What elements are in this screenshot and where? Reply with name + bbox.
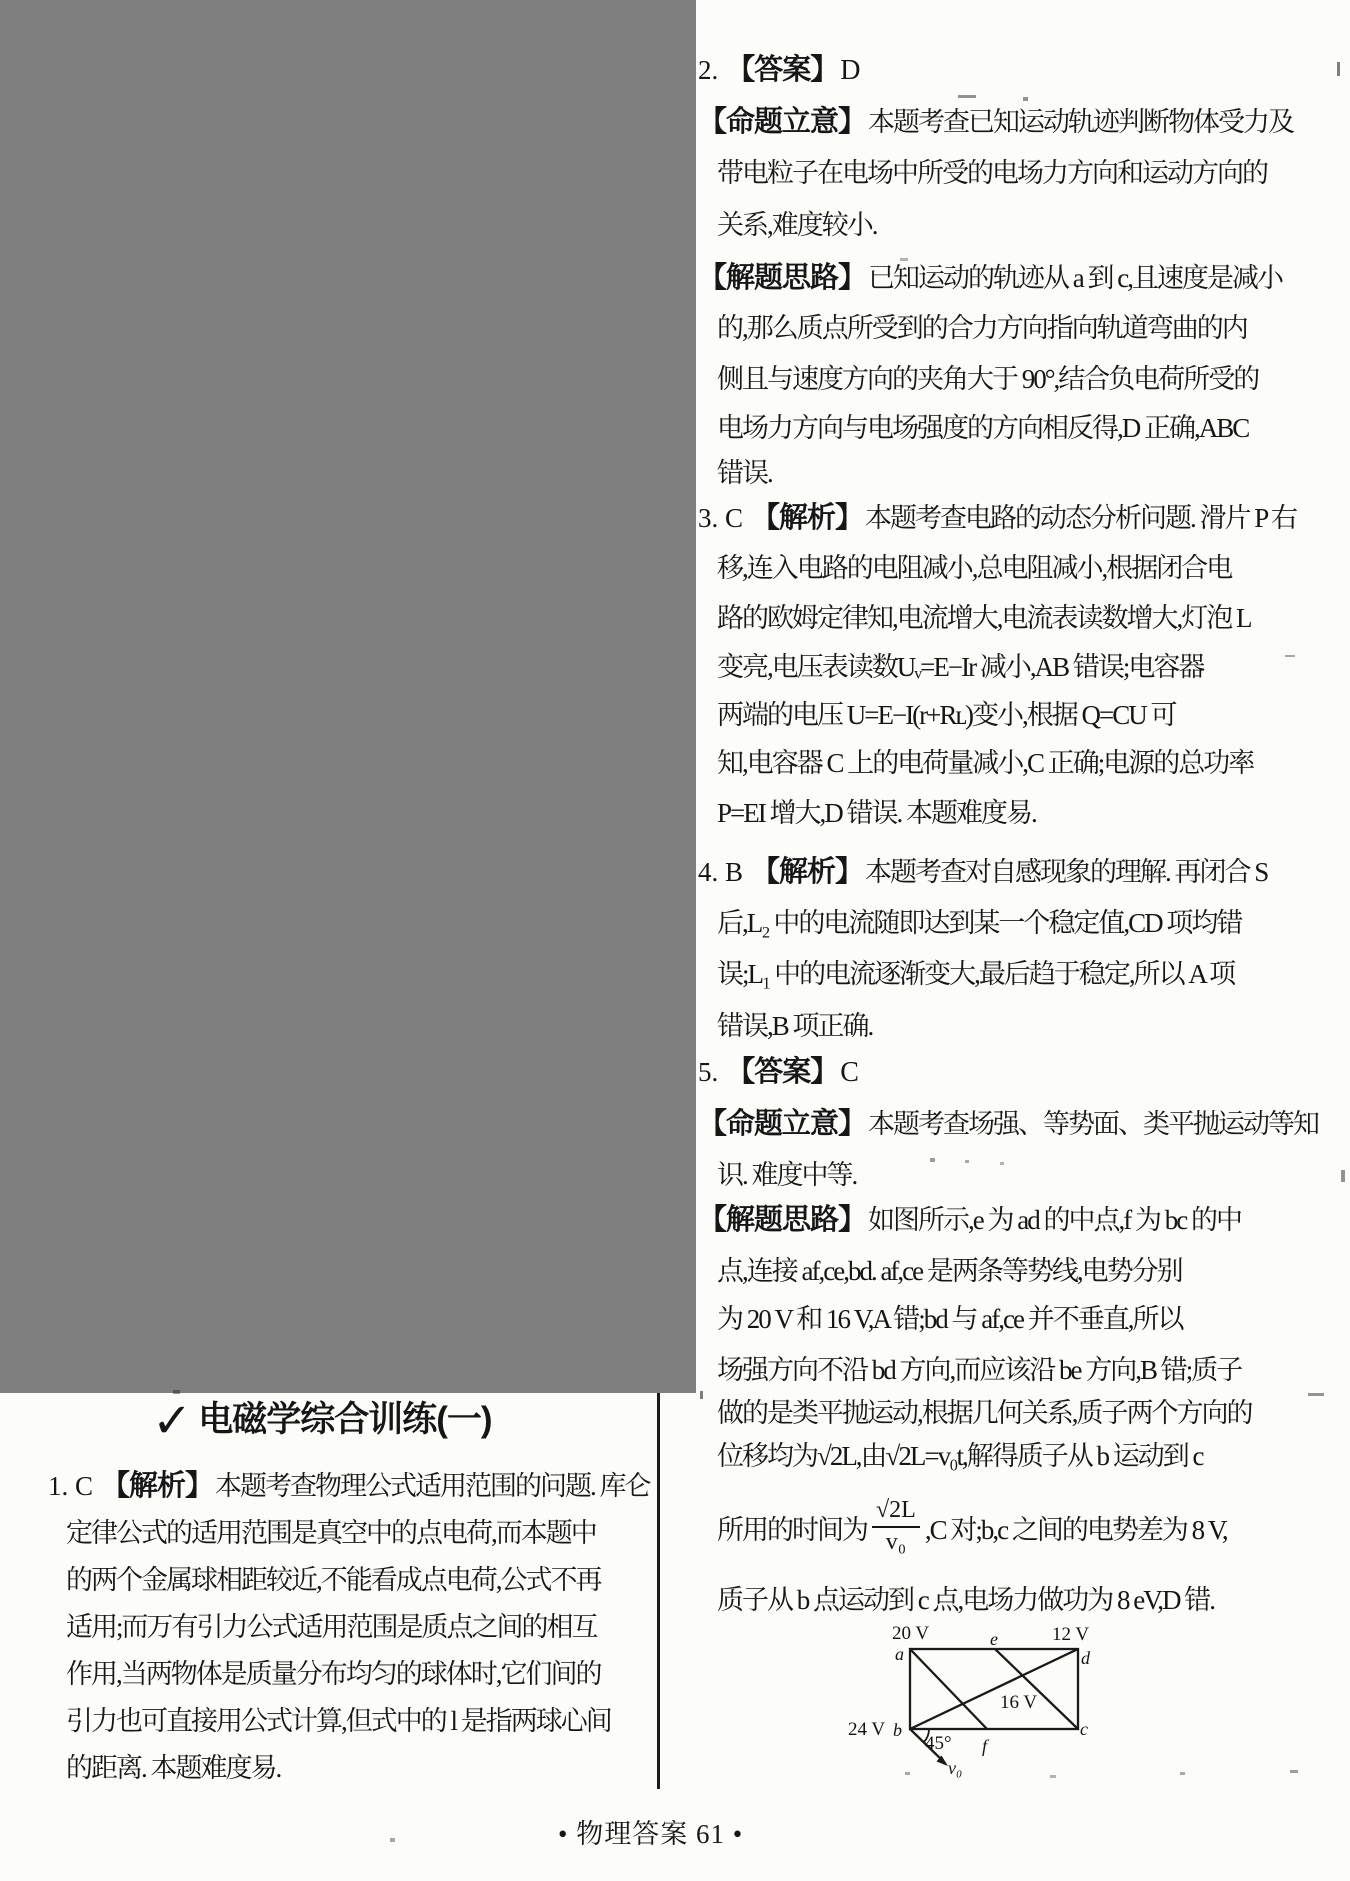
item-number: 2.: [698, 55, 718, 85]
text-line: 【解题思路】如图所示,e 为 ad 的中点,f 为 bc 的中: [698, 1204, 1241, 1237]
item-number: 5.: [698, 1057, 718, 1087]
answer-3-heading: 3. C【解析】本题考查电路的动态分析问题. 滑片 P 右: [698, 502, 1296, 535]
line-text: 本题考查对自感现象的理解. 再闭合 S: [865, 857, 1267, 887]
scanned-answer-page: 2.【答案】D 【命题立意】本题考查已知运动轨迹判断物体受力及 带电粒子在电场中…: [0, 0, 1350, 1881]
vertex-label-b: b: [893, 1720, 902, 1740]
text-line: 【命题立意】本题考查已知运动轨迹判断物体受力及: [698, 106, 1293, 139]
text-line: 电场力方向与电场强度的方向相反得,D 正确,ABC: [717, 413, 1248, 444]
line-text: ,C 对;b,c 之间的电势差为 8 V,: [925, 1508, 1227, 1547]
scan-artifact: [700, 1391, 703, 1399]
text-line: 作用,当两物体是质量分布均匀的球体时,它们间的: [66, 1659, 601, 1690]
text-line: 两端的电压 U=E−I(r+Rʟ)变小,根据 Q=CU 可: [717, 700, 1175, 731]
text-line: 的,那么质点所受到的合力方向指向轨道弯曲的内: [717, 313, 1247, 344]
line-text: 如图所示,e 为 ad 的中点,f 为 bc 的中: [868, 1205, 1241, 1235]
fraction: √2Lv₀: [872, 1497, 920, 1556]
text-line: 引力也可直接用公式计算,但式中的 l 是指两球心间: [66, 1706, 611, 1737]
text-line: 错误,B 项正确.: [717, 1011, 872, 1042]
voltage-label-a: 20 V: [892, 1623, 929, 1644]
text-line: 为 20 V 和 16 V,A 错;bd 与 af,ce 并不垂直,所以: [717, 1304, 1182, 1335]
line-text: 已知运动的轨迹从 a 到 c,且速度是减小: [868, 263, 1282, 293]
voltage-label-d: 12 V: [1052, 1624, 1089, 1645]
line-af: [910, 1649, 987, 1729]
text-line: 带电粒子在电场中所受的电场力方向和运动方向的: [717, 158, 1267, 189]
angle-label: 45°: [925, 1733, 952, 1754]
item-number: 1. C: [48, 1471, 93, 1501]
text-line: 错误.: [717, 458, 772, 489]
formula-line: 所用的时间为√2Lv₀,C 对;b,c 之间的电势差为 8 V,: [717, 1494, 1227, 1560]
text-line: 适用;而万有引力公式适用范围是质点之间的相互: [66, 1612, 597, 1643]
vertex-label-a: a: [895, 1644, 904, 1664]
scan-artifact: [1308, 1393, 1324, 1396]
text-line: 变亮,电压表读数Uᵥ=E−Ir 减小,AB 错误;电容器: [717, 652, 1203, 683]
line-ec: [995, 1649, 1078, 1729]
text-line: 定律公式的适用范围是真空中的点电荷,而本题中: [66, 1518, 596, 1549]
scan-artifact: [905, 1772, 910, 1775]
text-line: 【解题思路】已知运动的轨迹从 a 到 c,且速度是减小: [698, 262, 1282, 295]
text-line: 侧且与速度方向的夹角大于 90°,结合负电荷所受的: [717, 364, 1258, 395]
answer-2-heading: 2.【答案】D: [698, 54, 861, 87]
item-number: 4. B: [698, 857, 743, 887]
line-text: 本题考查场强、等势面、类平抛运动等知: [868, 1109, 1318, 1139]
answer-5-heading: 5.【答案】C: [698, 1056, 859, 1089]
scan-artifact: [1337, 62, 1340, 76]
midpoint-label-f: f: [982, 1736, 990, 1756]
bracket-head-answer: 【答案】: [726, 1056, 838, 1088]
text-line: 移,连入电路的电阻减小,总电阻减小,根据闭合电: [717, 553, 1231, 584]
section-title-text: 电磁学综合训练(一): [198, 1400, 491, 1439]
item-number: 3. C: [698, 503, 743, 533]
scan-artifact: [930, 1158, 935, 1162]
answer-letter: C: [840, 1057, 859, 1088]
line-text: 本题考查物理公式适用范围的问题. 库仑: [215, 1471, 650, 1501]
vertex-label-d: d: [1081, 1648, 1091, 1668]
line-text: 本题考查已知运动轨迹判断物体受力及: [868, 107, 1293, 137]
scan-artifact: [1000, 1162, 1004, 1165]
text-line: 后,L₂ 中的电流随即达到某一个稳定值,CD 项均错: [717, 908, 1241, 939]
bracket-head-analysis: 【解析】: [101, 1470, 213, 1502]
scan-artifact: [1180, 1772, 1185, 1775]
answer-letter: D: [840, 55, 860, 86]
midpoint-label-e: e: [990, 1629, 998, 1649]
checkmark-icon: ✓: [152, 1393, 192, 1449]
page-footer: • 物理答案 61 •: [558, 1812, 743, 1851]
text-line: 识. 难度中等.: [717, 1160, 856, 1191]
fraction-denominator: v₀: [886, 1528, 906, 1557]
scan-artifact: [390, 1838, 395, 1842]
scan-artifact: [1341, 1170, 1345, 1182]
scan-artifact: [1290, 1770, 1298, 1773]
scan-artifact: [1285, 655, 1295, 657]
bracket-head-approach: 【解题思路】: [698, 1204, 866, 1236]
answer-4-heading: 4. B【解析】本题考查对自感现象的理解. 再闭合 S: [698, 856, 1267, 889]
text-line: 的两个金属球相距较近,不能看成点电荷,公式不再: [66, 1565, 601, 1596]
text-line: 场强方向不沿 bd 方向,而应该沿 be 方向,B 错;质子: [717, 1355, 1241, 1386]
scan-artifact: [1050, 1775, 1056, 1778]
scan-artifact: [173, 1390, 180, 1394]
bracket-head-intent: 【命题立意】: [698, 106, 866, 138]
redacted-gray-block: [0, 0, 696, 1393]
text-line: 关系,难度较小.: [717, 210, 877, 241]
bracket-head-analysis: 【解析】: [751, 502, 863, 534]
text-line: 误;L₁ 中的电流逐渐变大,最后趋于稳定,所以 A 项: [717, 959, 1234, 990]
text-line: P=EI 增大,D 错误. 本题难度易.: [717, 798, 1036, 829]
scan-artifact: [900, 258, 908, 261]
line-text: 所用的时间为: [717, 1508, 867, 1547]
text-line: 路的欧姆定律知,电流增大,电流表读数增大,灯泡 L: [717, 603, 1251, 634]
vertex-label-c: c: [1080, 1719, 1088, 1739]
text-line: 的距离. 本题难度易.: [66, 1753, 280, 1784]
scan-artifact: [1023, 97, 1028, 101]
velocity-label: v₀: [948, 1758, 962, 1778]
line-text: 本题考查电路的动态分析问题. 滑片 P 右: [865, 503, 1296, 533]
answer-1-heading: 1. C【解析】本题考查物理公式适用范围的问题. 库仑: [48, 1470, 650, 1503]
section-title: ✓电磁学综合训练(一): [152, 1392, 492, 1449]
fraction-numerator: √2L: [872, 1497, 920, 1528]
text-line: 【命题立意】本题考查场强、等势面、类平抛运动等知: [698, 1108, 1318, 1141]
voltage-label-center: 16 V: [1000, 1692, 1037, 1713]
equipotential-diagram: 20 V 12 V 24 V 16 V 45° a d b c e f v₀: [830, 1612, 1110, 1782]
bracket-head-intent: 【命题立意】: [698, 1108, 866, 1140]
scan-artifact: [958, 95, 976, 98]
column-divider-rule: [657, 1393, 660, 1789]
text-line: 点,连接 af,ce,bd. af,ce 是两条等势线,电势分别: [717, 1256, 1182, 1287]
bracket-head-analysis: 【解析】: [751, 856, 863, 888]
text-line: 做的是类平抛运动,根据几何关系,质子两个方向的: [717, 1398, 1252, 1429]
text-line: 位移均为√2L,由√2L=v₀t,解得质子从 b 运动到 c: [717, 1441, 1203, 1472]
line-bd: [910, 1649, 1078, 1729]
bracket-head-approach: 【解题思路】: [698, 262, 866, 294]
scan-artifact: [965, 1160, 969, 1163]
bracket-head-answer: 【答案】: [726, 54, 838, 86]
text-line: 知,电容器 C 上的电荷量减小,C 正确;电源的总功率: [717, 748, 1253, 779]
voltage-label-b: 24 V: [848, 1719, 885, 1740]
